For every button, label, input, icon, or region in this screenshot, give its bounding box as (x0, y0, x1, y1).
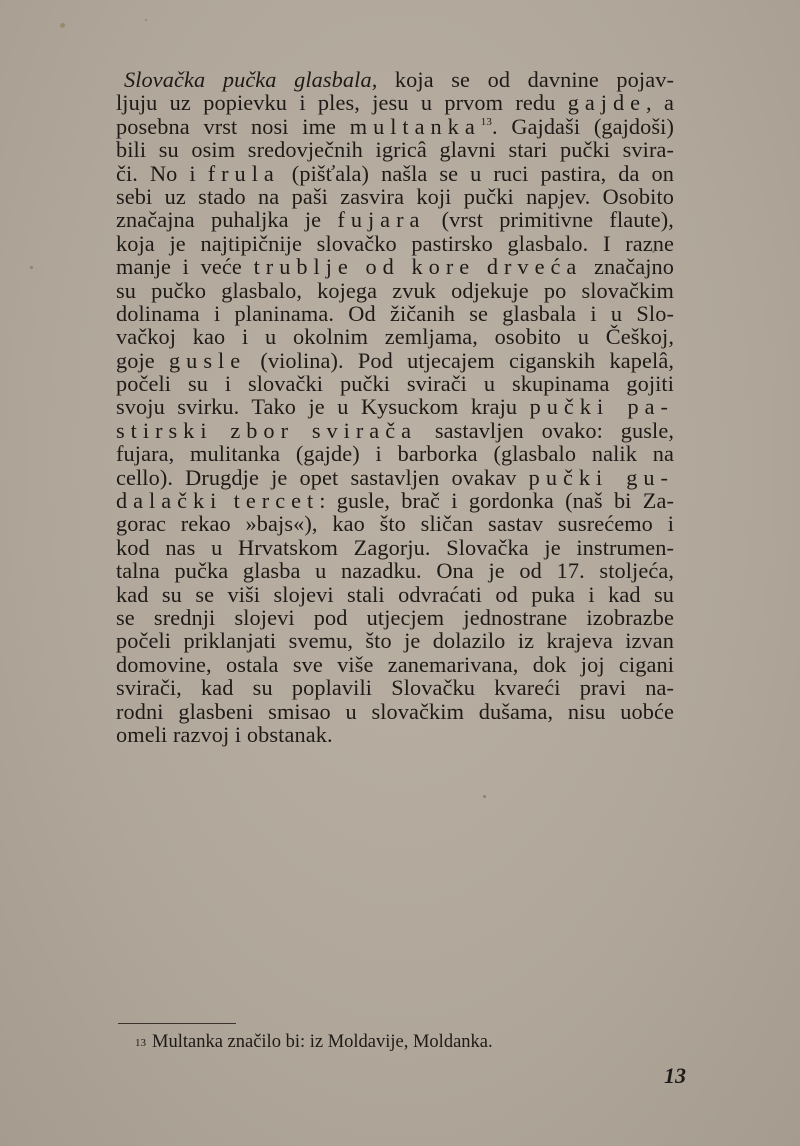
spaced-term: drveća (487, 254, 582, 279)
text-line: dalački tercet: gusle, brač i gordonka (… (116, 489, 674, 512)
text-run: kad su se viši slojevi stali odvraćati o… (116, 582, 674, 607)
text-line: se srednji slojevi pod utjecjem jednostr… (116, 606, 674, 629)
paper-speck (145, 19, 147, 21)
text-run: či. No i (116, 161, 208, 186)
text-run: manje i veće (116, 254, 254, 279)
text-run: posebna vrst nosi ime (116, 114, 350, 139)
text-run: se srednji slojevi pod utjecjem jednostr… (116, 605, 674, 630)
spaced-term: pučki gu- (529, 465, 674, 490)
italic-term: Slovačka pučka glasbala, (124, 67, 377, 92)
text-run: vačkoj kao i u okolnim zemljama, osobito… (116, 324, 674, 349)
text-line: bili su osim sredovječnih igricâ glavni … (116, 138, 674, 161)
text-run: cello). Drugdje je opet sastavljen ovaka… (116, 465, 529, 490)
page-number: 13 (664, 1063, 686, 1089)
text-line: svirači, kad su poplavili Slovačku kvare… (116, 676, 674, 699)
text-run: . Gajdaši (gajdoši) (492, 114, 674, 139)
text-line: Slovačka pučka glasbala, koja se od davn… (116, 68, 674, 91)
text-run: značajna puhaljka je (116, 207, 337, 232)
text-line: posebna vrst nosi ime multanka13. Gajdaš… (116, 115, 674, 138)
text-run (294, 418, 312, 443)
text-line: omeli razvoj i obstanak. (116, 723, 674, 746)
text-line: cello). Drugdje je opet sastavljen ovaka… (116, 466, 674, 489)
text-line: značajna puhaljka je fujara (vrst primit… (116, 208, 674, 231)
text-line: ljuju uz popievku i ples, jesu u prvom r… (116, 91, 674, 114)
spaced-term: frula (208, 161, 280, 186)
text-run (213, 418, 231, 443)
text-line: su pučko glasbalo, kojega zvuk odjekuje … (116, 279, 674, 302)
text-run: (violina). Pod utjecajem ciganskih kapel… (246, 348, 674, 373)
text-run: koja se od davnine pojav- (377, 67, 674, 92)
text-run (222, 488, 233, 513)
text-run: počeli su i slovački pučki svirači u sku… (116, 371, 674, 396)
text-run: bili su osim sredovječnih igricâ glavni … (116, 137, 674, 162)
footnote-text: Multanka značilo bi: iz Moldavije, Molda… (152, 1032, 493, 1052)
text-run: talna pučka glasba u nazadku. Ona je od … (116, 558, 674, 583)
spaced-term: gusle (169, 348, 246, 373)
text-run: ljuju uz popievku i ples, jesu u prvom r… (116, 90, 568, 115)
text-run: značajno (582, 254, 674, 279)
text-run: počeli priklanjati svemu, što je dolazil… (116, 628, 674, 653)
footnote-number: 13 (135, 1037, 146, 1049)
text-run: sastavljen ovako: gusle, (417, 418, 674, 443)
text-line: manje i veće trublje od kore drveća znač… (116, 255, 674, 278)
text-run: , a (646, 90, 674, 115)
footnote-reference: 13 (481, 116, 492, 128)
text-line: počeli su i slovački pučki svirači u sku… (116, 372, 674, 395)
text-run (475, 254, 487, 279)
text-line: počeli priklanjati svemu, što je dolazil… (116, 629, 674, 652)
paper-speck (60, 23, 65, 28)
text-run: svirači, kad su poplavili Slovačku kvare… (116, 675, 674, 700)
spaced-term: tercet (234, 488, 320, 513)
text-line: kod nas u Hrvatskom Zagorju. Slovačka je… (116, 536, 674, 559)
text-run: kod nas u Hrvatskom Zagorju. Slovačka je… (116, 535, 674, 560)
text-line: domovine, ostala sve više zanemarivana, … (116, 653, 674, 676)
text-line: stirski zbor svirača sastavljen ovako: g… (116, 419, 674, 442)
text-line: gorac rekao »bajs«), kao što sličan sast… (116, 512, 674, 535)
spaced-term: zbor (230, 418, 294, 443)
text-run: (pišťala) našla se u ruci pastira, da on (280, 161, 674, 186)
footnote-separator (118, 1023, 236, 1024)
text-line: dolinama i planinama. Od žičanih se glas… (116, 302, 674, 325)
text-run: fujara, mulitanka (gajde) i barborka (gl… (116, 441, 674, 466)
paper-speck (652, 250, 655, 253)
spaced-term: fujara (337, 207, 425, 232)
spaced-term: pučki pa- (530, 394, 674, 419)
spaced-term: multanka (350, 114, 481, 139)
text-line: kad su se viši slojevi stali odvraćati o… (116, 583, 674, 606)
text-run: su pučko glasbalo, kojega zvuk odjekuje … (116, 278, 674, 303)
text-line: vačkoj kao i u okolnim zemljama, osobito… (116, 325, 674, 348)
spaced-term: gajde (568, 90, 646, 115)
text-run: koja je najtipičnije slovačko pastirsko … (116, 231, 674, 256)
spaced-term: dalački (116, 488, 222, 513)
text-line: koja je najtipičnije slovačko pastirsko … (116, 232, 674, 255)
text-line: svoju svirku. Tako je u Kysuckom kraju p… (116, 395, 674, 418)
spaced-term: kore (412, 254, 476, 279)
spaced-term: stirski (116, 418, 213, 443)
book-page: Slovačka pučka glasbala, koja se od davn… (0, 0, 800, 1146)
text-run: rodni glasbeni smisao u slovačkim dušama… (116, 699, 674, 724)
text-run: (vrst primitivne flaute), (425, 207, 674, 232)
text-run: svoju svirku. Tako je u Kysuckom kraju (116, 394, 530, 419)
paper-speck (30, 266, 33, 269)
text-line: rodni glasbeni smisao u slovačkim dušama… (116, 700, 674, 723)
text-line: goje gusle (violina). Pod utjecajem ciga… (116, 349, 674, 372)
text-run: goje (116, 348, 169, 373)
text-line: sebi uz stado na paši zasvira koji pučki… (116, 185, 674, 208)
text-run: omeli razvoj i obstanak. (116, 722, 333, 747)
text-run (354, 254, 366, 279)
text-run (400, 254, 412, 279)
text-run: gorac rekao »bajs«), kao što sličan sast… (116, 511, 674, 536)
text-line: či. No i frula (pišťala) našla se u ruci… (116, 162, 674, 185)
footnote: 13Multanka značilo bi: iz Moldavije, Mol… (135, 1032, 493, 1053)
body-paragraph: Slovačka pučka glasbala, koja se od davn… (116, 68, 674, 746)
spaced-term: od (366, 254, 400, 279)
text-line: talna pučka glasba u nazadku. Ona je od … (116, 559, 674, 582)
text-run: sebi uz stado na paši zasvira koji pučki… (116, 184, 674, 209)
paper-speck (483, 795, 486, 798)
text-run: dolinama i planinama. Od žičanih se glas… (116, 301, 674, 326)
text-run: domovine, ostala sve više zanemarivana, … (116, 652, 674, 677)
spaced-term: trublje (254, 254, 354, 279)
text-line: fujara, mulitanka (gajde) i barborka (gl… (116, 442, 674, 465)
text-run: : gusle, brač i gordonka (naš bi Za- (319, 488, 674, 513)
spaced-term: svirača (312, 418, 417, 443)
